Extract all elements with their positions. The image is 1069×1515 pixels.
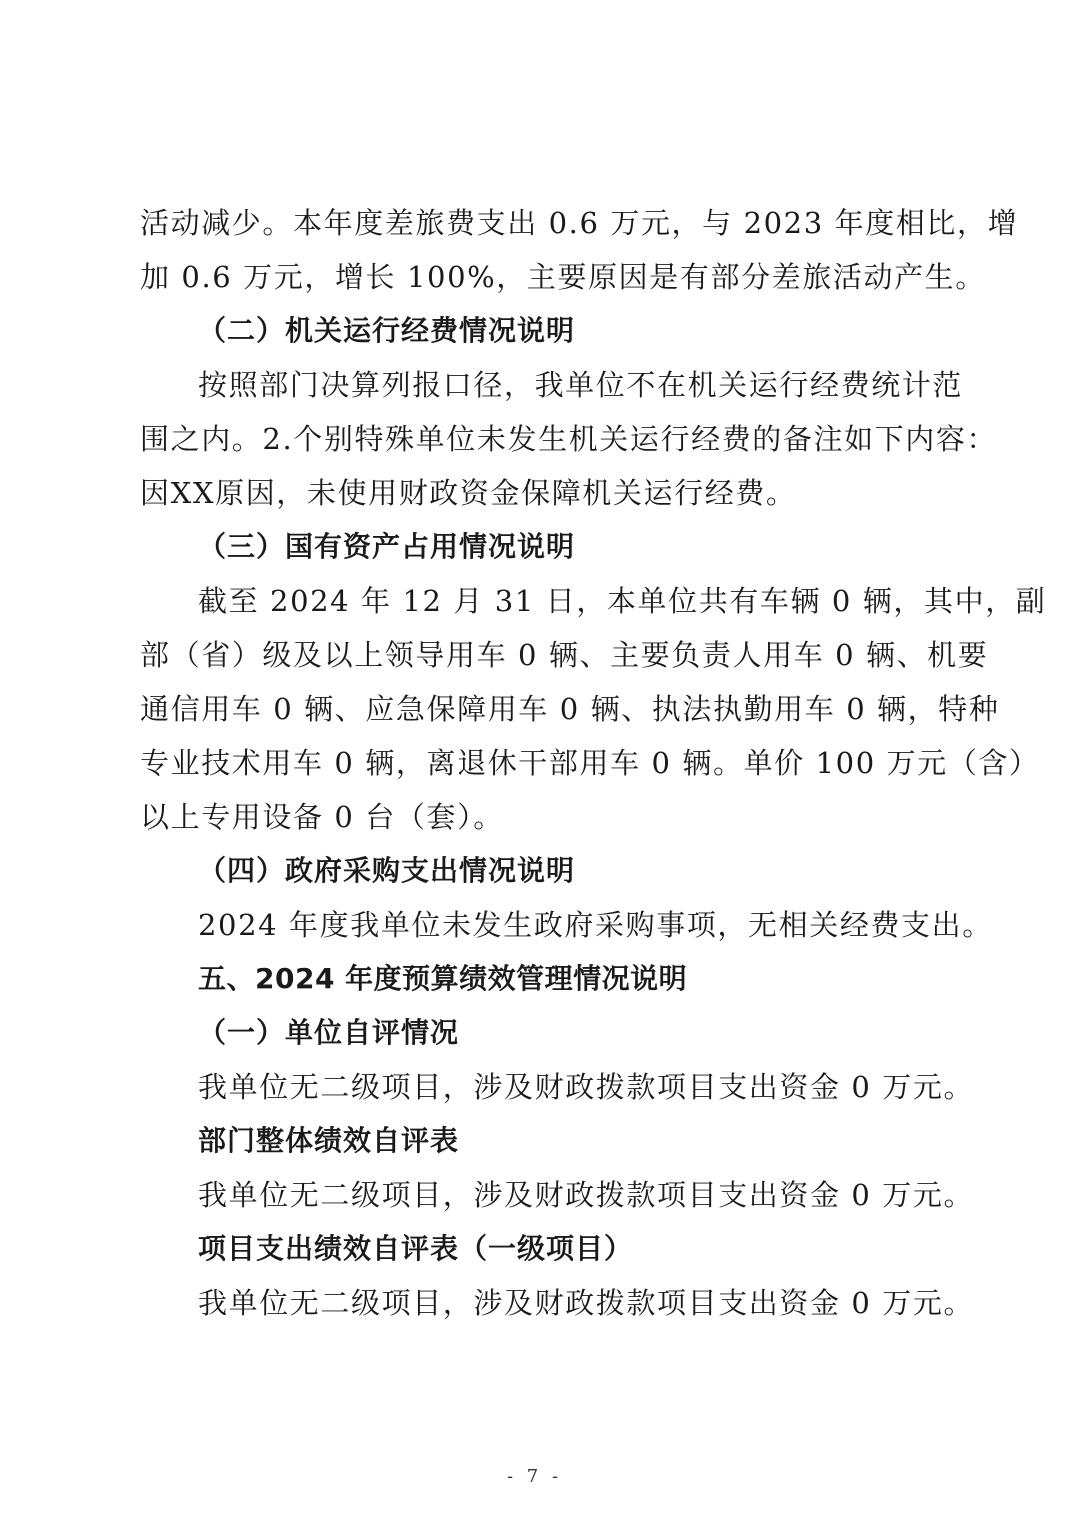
body-line: 按照部门决算列报口径，我单位不在机关运行经费统计范 xyxy=(198,365,998,405)
body-line: 活动减少。本年度差旅费支出 0.6 万元，与 2023 年度相比，增 xyxy=(140,203,940,243)
body-line: 专业技术用车 0 辆，离退休干部用车 0 辆。单价 100 万元（含） xyxy=(140,743,940,783)
section-heading-3: （三）国有资产占用情况说明 xyxy=(198,527,998,567)
section-heading-2: （二）机关运行经费情况说明 xyxy=(198,311,998,351)
body-line: 因XX原因，未使用财政资金保障机关运行经费。 xyxy=(140,473,940,513)
section-heading-5: 五、2024 年度预算绩效管理情况说明 xyxy=(198,959,998,999)
page-number: - 7 - xyxy=(0,1466,1069,1487)
body-line: 通信用车 0 辆、应急保障用车 0 辆、执法执勤用车 0 辆，特种 xyxy=(140,689,940,729)
document-page: 活动减少。本年度差旅费支出 0.6 万元，与 2023 年度相比，增 加 0.6… xyxy=(0,0,1069,1515)
body-line: 我单位无二级项目，涉及财政拨款项目支出资金 0 万元。 xyxy=(198,1175,998,1215)
table-heading-project: 项目支出绩效自评表（一级项目） xyxy=(198,1229,998,1269)
table-heading-department: 部门整体绩效自评表 xyxy=(198,1121,998,1161)
body-line: 加 0.6 万元，增长 100%，主要原因是有部分差旅活动产生。 xyxy=(140,257,940,297)
subsection-heading-1: （一）单位自评情况 xyxy=(198,1013,998,1053)
body-line: 以上专用设备 0 台（套）。 xyxy=(140,797,940,837)
body-line: 截至 2024 年 12 月 31 日，本单位共有车辆 0 辆，其中，副 xyxy=(198,581,998,621)
section-heading-4: （四）政府采购支出情况说明 xyxy=(198,851,998,891)
body-line: 围之内。2.个别特殊单位未发生机关运行经费的备注如下内容： xyxy=(140,419,940,459)
body-line: 部（省）级及以上领导用车 0 辆、主要负责人用车 0 辆、机要 xyxy=(140,635,940,675)
body-line: 我单位无二级项目，涉及财政拨款项目支出资金 0 万元。 xyxy=(198,1067,998,1107)
body-line: 2024 年度我单位未发生政府采购事项，无相关经费支出。 xyxy=(198,905,998,945)
body-line: 我单位无二级项目，涉及财政拨款项目支出资金 0 万元。 xyxy=(198,1283,998,1323)
